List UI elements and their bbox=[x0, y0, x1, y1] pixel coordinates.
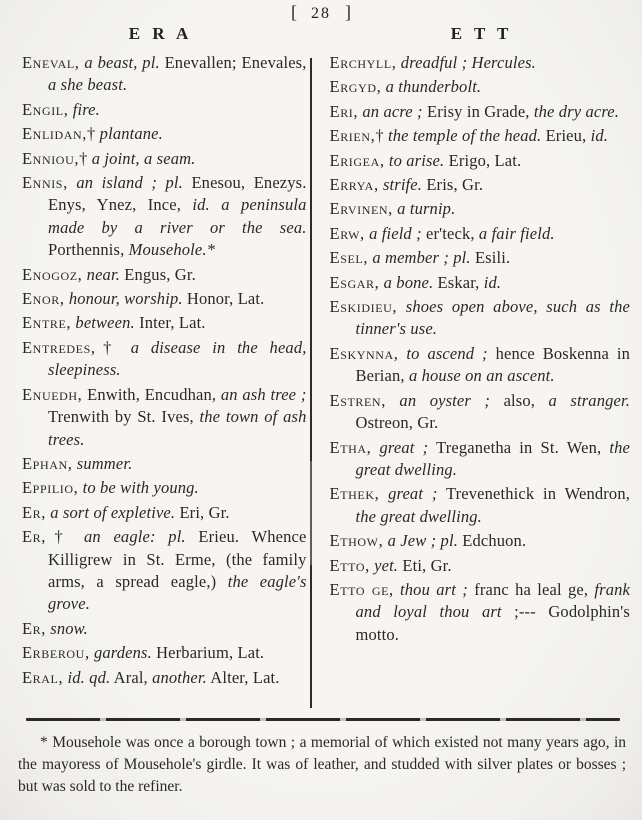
entry-headword: Enogoz, bbox=[22, 265, 82, 284]
column-divider-rule bbox=[310, 58, 312, 708]
entry-text: Ostreon, Gr. bbox=[356, 413, 439, 432]
entry-text: plantane. bbox=[95, 124, 163, 143]
entry-headword: Enlidan, bbox=[22, 124, 87, 143]
dictionary-entry: Esel, a member ; pl. Esili. bbox=[356, 247, 630, 269]
dictionary-entry: Engil, fire. bbox=[48, 99, 307, 121]
entry-headword: Etto, bbox=[330, 556, 370, 575]
entry-headword: Ergyd, bbox=[330, 77, 382, 96]
entry-headword: Entre, bbox=[22, 313, 71, 332]
entry-headword: Ethow, bbox=[330, 531, 384, 550]
entry-text: another. bbox=[148, 668, 207, 687]
entry-headword: Estren, bbox=[330, 391, 386, 410]
dictionary-entry: Eppilio, to be with young. bbox=[48, 477, 307, 499]
dictionary-entry: Enor, honour, worship. Honor, Lat. bbox=[48, 288, 307, 310]
entry-text: Inter, Lat. bbox=[135, 313, 206, 332]
dictionary-entry: Erien,† the temple of the head. Erieu, i… bbox=[356, 125, 630, 147]
entry-headword: Erigea, bbox=[330, 151, 385, 170]
dictionary-entry: Ephan, summer. bbox=[48, 453, 307, 475]
dictionary-entry: Eskidieu, shoes open above, such as the … bbox=[356, 296, 630, 341]
dictionary-entry: Ergyd, a thunderbolt. bbox=[356, 76, 630, 98]
entry-text: Enevallen; Enevales, bbox=[160, 53, 307, 72]
entry-text: a bone. bbox=[379, 273, 433, 292]
entry-text: id. bbox=[586, 126, 608, 145]
entry-text: Mousehole.* bbox=[124, 240, 215, 259]
footnote-text: Mousehole was once a borough town ; a me… bbox=[18, 734, 626, 795]
entry-text: a stranger. bbox=[535, 391, 630, 410]
dictionary-entry: Eri, an acre ; Erisy in Grade, the dry a… bbox=[356, 101, 630, 123]
dictionary-entry: Er, a sort of expletive. Eri, Gr. bbox=[48, 502, 307, 524]
entry-text: to ascend ; bbox=[399, 344, 488, 363]
entry-text: Edchuon. bbox=[458, 531, 526, 550]
entry-headword: Erw, bbox=[330, 224, 365, 243]
entry-text: thou art ; bbox=[394, 580, 468, 599]
entry-text: a beast, pl. bbox=[80, 53, 160, 72]
footnote: * Mousehole was once a borough town ; a … bbox=[18, 732, 626, 798]
entry-text: Herbarium, Lat. bbox=[152, 643, 264, 662]
dictionary-entry: Ennis, an island ; pl. Enesou, Enezys. E… bbox=[48, 172, 307, 262]
entry-text: an oyster ; bbox=[386, 391, 490, 410]
footnote-separator-rule bbox=[26, 718, 620, 721]
entry-text: yet. bbox=[370, 556, 398, 575]
entry-text: a member ; pl. bbox=[368, 248, 471, 267]
entry-headword: Etto ge, bbox=[330, 580, 394, 599]
dictionary-entry: Etha, great ; Treganetha in St. Wen, the… bbox=[356, 437, 630, 482]
entry-headword: Eneval, bbox=[22, 53, 80, 72]
entry-headword: Ennis, bbox=[22, 173, 68, 192]
entry-text: an island ; pl. bbox=[68, 173, 183, 192]
entry-text: to arise. bbox=[385, 151, 445, 170]
entry-text: Eti, Gr. bbox=[398, 556, 452, 575]
entry-headword: Erien, bbox=[330, 126, 376, 145]
entry-headword: Eri, bbox=[330, 102, 359, 121]
entry-headword: Er, bbox=[22, 619, 46, 638]
footnote-marker: * bbox=[40, 734, 48, 751]
entry-text: † bbox=[96, 338, 119, 357]
column-header-ett: E T T bbox=[321, 24, 642, 44]
entry-text: Eskar, bbox=[433, 273, 479, 292]
scanned-dictionary-page: [28] E R A E T T Eneval, a beast, pl. En… bbox=[0, 0, 642, 820]
entry-headword: Er, bbox=[22, 527, 46, 546]
entry-text: an acre ; bbox=[358, 102, 423, 121]
entry-headword: Esel, bbox=[330, 248, 369, 267]
entry-headword: Eppilio, bbox=[22, 478, 78, 497]
entry-headword: Entredes, bbox=[22, 338, 96, 357]
dictionary-column-left: Eneval, a beast, pl. Enevallen; Enevales… bbox=[22, 52, 307, 708]
dictionary-entry: Erchyll, dreadful ; Hercules. bbox=[356, 52, 630, 74]
entry-text: the temple of the head. bbox=[384, 126, 542, 145]
column-headers: E R A E T T bbox=[0, 24, 642, 44]
entry-headword: Etha, bbox=[330, 438, 372, 457]
entry-headword: Ethek, bbox=[330, 484, 380, 503]
dictionary-entry: Ethow, a Jew ; pl. Edchuon. bbox=[356, 530, 630, 552]
entry-text: the dry acre. bbox=[530, 102, 619, 121]
entry-text: Enwith, Encudhan, bbox=[82, 385, 216, 404]
entry-text: Erisy in Grade, bbox=[423, 102, 530, 121]
entry-headword: Erchyll, bbox=[330, 53, 397, 72]
entry-text: to be with young. bbox=[78, 478, 198, 497]
dictionary-entry: Erberou, gardens. Herbarium, Lat. bbox=[48, 642, 307, 664]
dictionary-entry: Enuedh, Enwith, Encudhan, an ash tree ; … bbox=[48, 384, 307, 451]
entry-headword: Er, bbox=[22, 503, 46, 522]
entry-headword: Eral, bbox=[22, 668, 63, 687]
entry-text: Eris, Gr. bbox=[422, 175, 483, 194]
entry-text: gardens. bbox=[90, 643, 152, 662]
entry-text: strife. bbox=[379, 175, 422, 194]
entry-headword: Ephan, bbox=[22, 454, 72, 473]
page-number-left-bracket: [ bbox=[291, 2, 297, 22]
entry-text: Aral, bbox=[110, 668, 148, 687]
page-number: [28] bbox=[0, 2, 642, 23]
entry-text: Trevenethick in Wendron, bbox=[437, 484, 630, 503]
dictionary-entry: Entredes,† a disease in the head, sleepi… bbox=[48, 337, 307, 382]
entry-text: Trenwith by St. Ives, bbox=[48, 407, 194, 426]
entry-text: Honor, Lat. bbox=[183, 289, 265, 308]
entry-text: a joint, a seam. bbox=[87, 149, 195, 168]
entry-text: Erigo, Lat. bbox=[444, 151, 521, 170]
entry-headword: Engil, bbox=[22, 100, 68, 119]
entry-text: a sort of expletive. bbox=[46, 503, 175, 522]
entry-text: id. bbox=[479, 273, 501, 292]
entry-headword: Errya, bbox=[330, 175, 379, 194]
entry-text: a house on an ascent. bbox=[405, 366, 555, 385]
entry-text: great ; bbox=[379, 484, 437, 503]
entry-text: Alter, Lat. bbox=[207, 668, 280, 687]
entry-text: a Jew ; pl. bbox=[383, 531, 458, 550]
entry-text: the great dwelling. bbox=[356, 507, 482, 526]
entry-text: great ; bbox=[371, 438, 428, 457]
entry-text: shoes open above, such as the tinner's u… bbox=[356, 297, 630, 338]
dictionary-entry: Etto ge, thou art ; franc ha leal ge, fr… bbox=[356, 579, 630, 646]
entry-text: an ash tree ; bbox=[216, 385, 306, 404]
entry-text: Eri, Gr. bbox=[175, 503, 230, 522]
dictionary-entry: Esgar, a bone. Eskar, id. bbox=[356, 272, 630, 294]
entry-text: an eagle: pl. bbox=[71, 527, 185, 546]
entry-text: a turnip. bbox=[393, 199, 455, 218]
dictionary-entry: Errya, strife. Eris, Gr. bbox=[356, 174, 630, 196]
dictionary-entry: Erigea, to arise. Erigo, Lat. bbox=[356, 150, 630, 172]
dictionary-entry: Erw, a field ; er'teck, a fair field. bbox=[356, 223, 630, 245]
entry-text: between. bbox=[71, 313, 135, 332]
dictionary-entry: Enniou,† a joint, a seam. bbox=[48, 148, 307, 170]
dictionary-entry: Ervinen, a turnip. bbox=[356, 198, 630, 220]
dictionary-entry: Eneval, a beast, pl. Enevallen; Enevales… bbox=[48, 52, 307, 97]
dictionary-entry: Eral, id. qd. Aral, another. Alter, Lat. bbox=[48, 667, 307, 689]
page-number-value: 28 bbox=[311, 5, 331, 22]
dictionary-entry: Er,† an eagle: pl. Erieu. Whence Killigr… bbox=[48, 526, 307, 616]
entry-text: † bbox=[46, 527, 71, 546]
dictionary-entry: Entre, between. Inter, Lat. bbox=[48, 312, 307, 334]
entry-headword: Ervinen, bbox=[330, 199, 393, 218]
entry-text: Esili. bbox=[471, 248, 511, 267]
entry-headword: Eskynna, bbox=[330, 344, 399, 363]
dictionary-entry: Estren, an oyster ; also, a stranger. Os… bbox=[356, 390, 630, 435]
entry-text: Engus, Gr. bbox=[120, 265, 196, 284]
entry-text: near. bbox=[82, 265, 120, 284]
entry-text: Porthennis, bbox=[48, 240, 124, 259]
entry-text: id. qd. bbox=[63, 668, 110, 687]
page-number-right-bracket: ] bbox=[345, 2, 351, 22]
entry-headword: Enor, bbox=[22, 289, 65, 308]
entry-headword: Enniou, bbox=[22, 149, 79, 168]
entry-text: summer. bbox=[72, 454, 132, 473]
dictionary-entry: Eskynna, to ascend ; hence Boskenna in B… bbox=[356, 343, 630, 388]
entry-text: † bbox=[375, 126, 383, 145]
entry-headword: Eskidieu, bbox=[330, 297, 398, 316]
column-header-era: E R A bbox=[0, 24, 321, 44]
entry-text: a field ; bbox=[365, 224, 422, 243]
dictionary-columns: Eneval, a beast, pl. Enevallen; Enevales… bbox=[22, 52, 630, 708]
entry-text: a thunderbolt. bbox=[381, 77, 481, 96]
entry-headword: Enuedh, bbox=[22, 385, 82, 404]
entry-text: fire. bbox=[68, 100, 99, 119]
dictionary-entry: Ethek, great ; Trevenethick in Wendron, … bbox=[356, 483, 630, 528]
dictionary-column-right: Erchyll, dreadful ; Hercules.Ergyd, a th… bbox=[330, 52, 630, 708]
entry-text: er'teck, bbox=[422, 224, 475, 243]
dictionary-entry: Enlidan,† plantane. bbox=[48, 123, 307, 145]
entry-text: also, bbox=[490, 391, 535, 410]
dictionary-entry: Er, snow. bbox=[48, 618, 307, 640]
entry-text: snow. bbox=[46, 619, 88, 638]
entry-text: Treganetha in St. Wen, bbox=[428, 438, 601, 457]
entry-headword: Erberou, bbox=[22, 643, 90, 662]
entry-text: dreadful ; Hercules. bbox=[397, 53, 536, 72]
dictionary-entry: Enogoz, near. Engus, Gr. bbox=[48, 264, 307, 286]
entry-text: franc ha leal ge, bbox=[468, 580, 588, 599]
entry-text: Erieu, bbox=[541, 126, 586, 145]
entry-text: honour, worship. bbox=[65, 289, 183, 308]
entry-text: a she beast. bbox=[48, 75, 127, 94]
entry-text: a fair field. bbox=[475, 224, 555, 243]
dictionary-entry: Etto, yet. Eti, Gr. bbox=[356, 555, 630, 577]
entry-headword: Esgar, bbox=[330, 273, 380, 292]
